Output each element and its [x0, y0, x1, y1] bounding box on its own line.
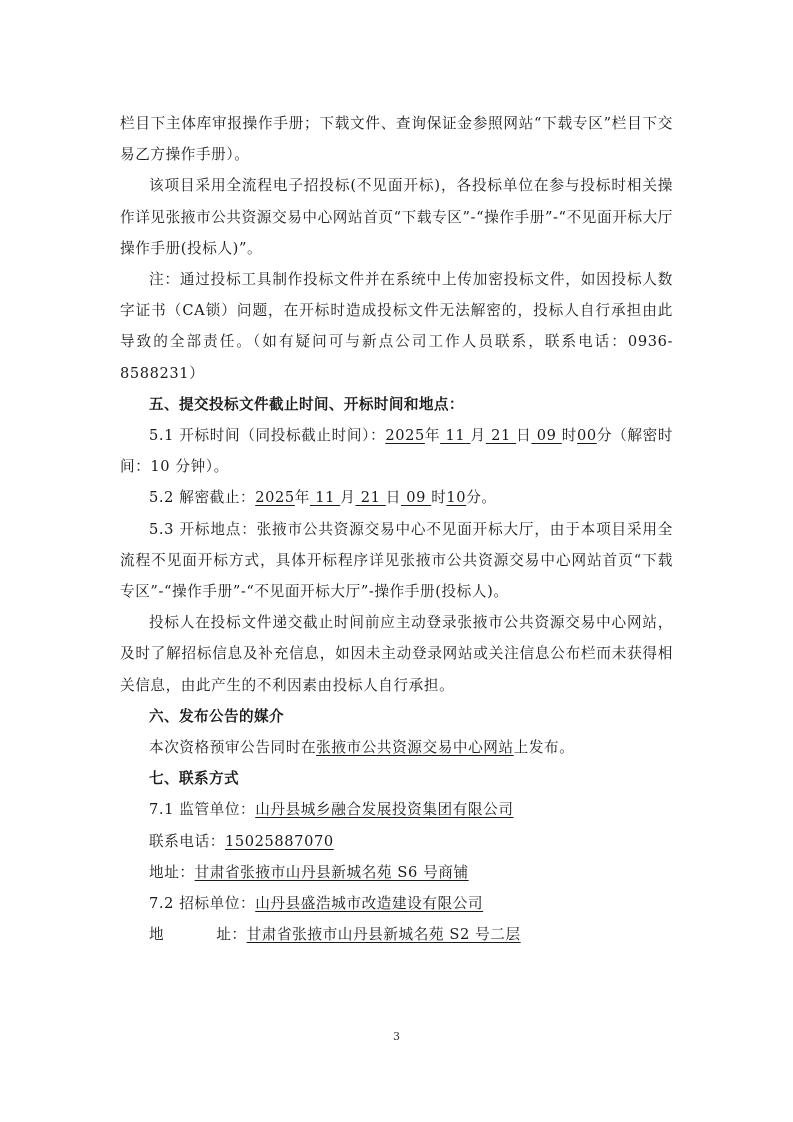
- minute-unit: 分: [597, 427, 612, 444]
- year-unit: 年: [425, 427, 440, 444]
- opening-day: 21: [486, 427, 516, 444]
- phone-number: 15025887070: [225, 833, 334, 850]
- hour-unit: 时: [562, 427, 577, 444]
- item-5-1-label: 5.1 开标时间（同投标截止时间）：: [149, 427, 385, 444]
- tenderer-label: 7.2 招标单位：: [149, 895, 255, 912]
- tenderer-line: 7.2 招标单位：山丹县盛浩城市改造建设有限公司: [120, 888, 673, 919]
- address-1-label: 地址：: [149, 864, 195, 881]
- tenderer-name: 山丹县盛浩城市改造建设有限公司: [255, 895, 483, 912]
- month-unit: 月: [471, 427, 486, 444]
- year-unit: 年: [295, 489, 310, 506]
- paragraph-electronic-bidding: 该项目采用全流程电子招投标(不见面开标)，各投标单位在参与投标时相关操作详见张掖…: [120, 170, 673, 264]
- minute-unit: 分。: [466, 489, 496, 506]
- media-statement: 本次资格预审公告同时在张掖市公共资源交易中心网站上发布。: [120, 732, 673, 763]
- address-2-label-a: 地: [149, 926, 164, 943]
- document-page: 栏目下主体库审报操作手册；下载文件、查询保证金参照网站“下载专区”栏目下交易乙方…: [120, 108, 673, 950]
- media-name: 张掖市公共资源交易中心网站: [316, 739, 514, 756]
- opening-hour: 09: [531, 427, 561, 444]
- paragraph-manual-reference: 栏目下主体库审报操作手册；下载文件、查询保证金参照网站“下载专区”栏目下交易乙方…: [120, 108, 673, 170]
- section-5-heading: 五、提交投标文件截止时间、开标时间和地点：: [120, 389, 673, 420]
- address-2-label-b: 址：: [216, 926, 246, 943]
- decrypt-minute: 10: [446, 489, 466, 506]
- page-number: 3: [0, 1030, 793, 1043]
- day-unit: 日: [386, 489, 401, 506]
- opening-month: 11: [440, 427, 470, 444]
- paragraph-ca-note: 注：通过投标工具制作投标文件并在系统中上传加密投标文件，如因投标人数字证书（CA…: [120, 264, 673, 389]
- item-5-1-opening-time: 5.1 开标时间（同投标截止时间）：2025年 11 月 21 日 09 时00…: [120, 420, 673, 482]
- address-1-line: 地址：甘肃省张掖市山丹县新城名苑 S6 号商铺: [120, 857, 673, 888]
- decrypt-day: 21: [355, 489, 385, 506]
- address-1: 甘肃省张掖市山丹县新城名苑 S6 号商铺: [195, 864, 469, 881]
- opening-minute: 00: [577, 427, 597, 444]
- decrypt-year: 2025: [255, 489, 295, 506]
- media-prefix: 本次资格预审公告同时在: [149, 739, 316, 756]
- month-unit: 月: [340, 489, 355, 506]
- item-5-3-opening-location: 5.3 开标地点：张掖市公共资源交易中心不见面开标大厅，由于本项目采用全流程不见…: [120, 514, 673, 608]
- hour-unit: 时: [431, 489, 446, 506]
- section-7-heading: 七、联系方式: [120, 763, 673, 794]
- decrypt-month: 11: [310, 489, 340, 506]
- item-5-2-label: 5.2 解密截止：: [149, 489, 255, 506]
- item-5-2-decrypt-deadline: 5.2 解密截止：2025年 11 月 21 日 09 时10分。: [120, 482, 673, 513]
- media-suffix: 上发布。: [514, 739, 575, 756]
- section-6-heading: 六、发布公告的媒介: [120, 701, 673, 732]
- supervisor-label: 7.1 监管单位：: [149, 801, 255, 818]
- supervisor-line: 7.1 监管单位：山丹县城乡融合发展投资集团有限公司: [120, 794, 673, 825]
- phone-line: 联系电话：15025887070: [120, 826, 673, 857]
- supervisor-name: 山丹县城乡融合发展投资集团有限公司: [255, 801, 513, 818]
- address-2-line: 地址：甘肃省张掖市山丹县新城名苑 S2 号二层: [120, 919, 673, 950]
- decrypt-hour: 09: [401, 489, 431, 506]
- address-2: 甘肃省张掖市山丹县新城名苑 S2 号二层: [247, 926, 521, 943]
- phone-label: 联系电话：: [149, 833, 225, 850]
- opening-year: 2025: [385, 427, 425, 444]
- day-unit: 日: [516, 427, 531, 444]
- paragraph-bidder-responsibility: 投标人在投标文件递交截止时间前应主动登录张掖市公共资源交易中心网站，及时了解招标…: [120, 607, 673, 701]
